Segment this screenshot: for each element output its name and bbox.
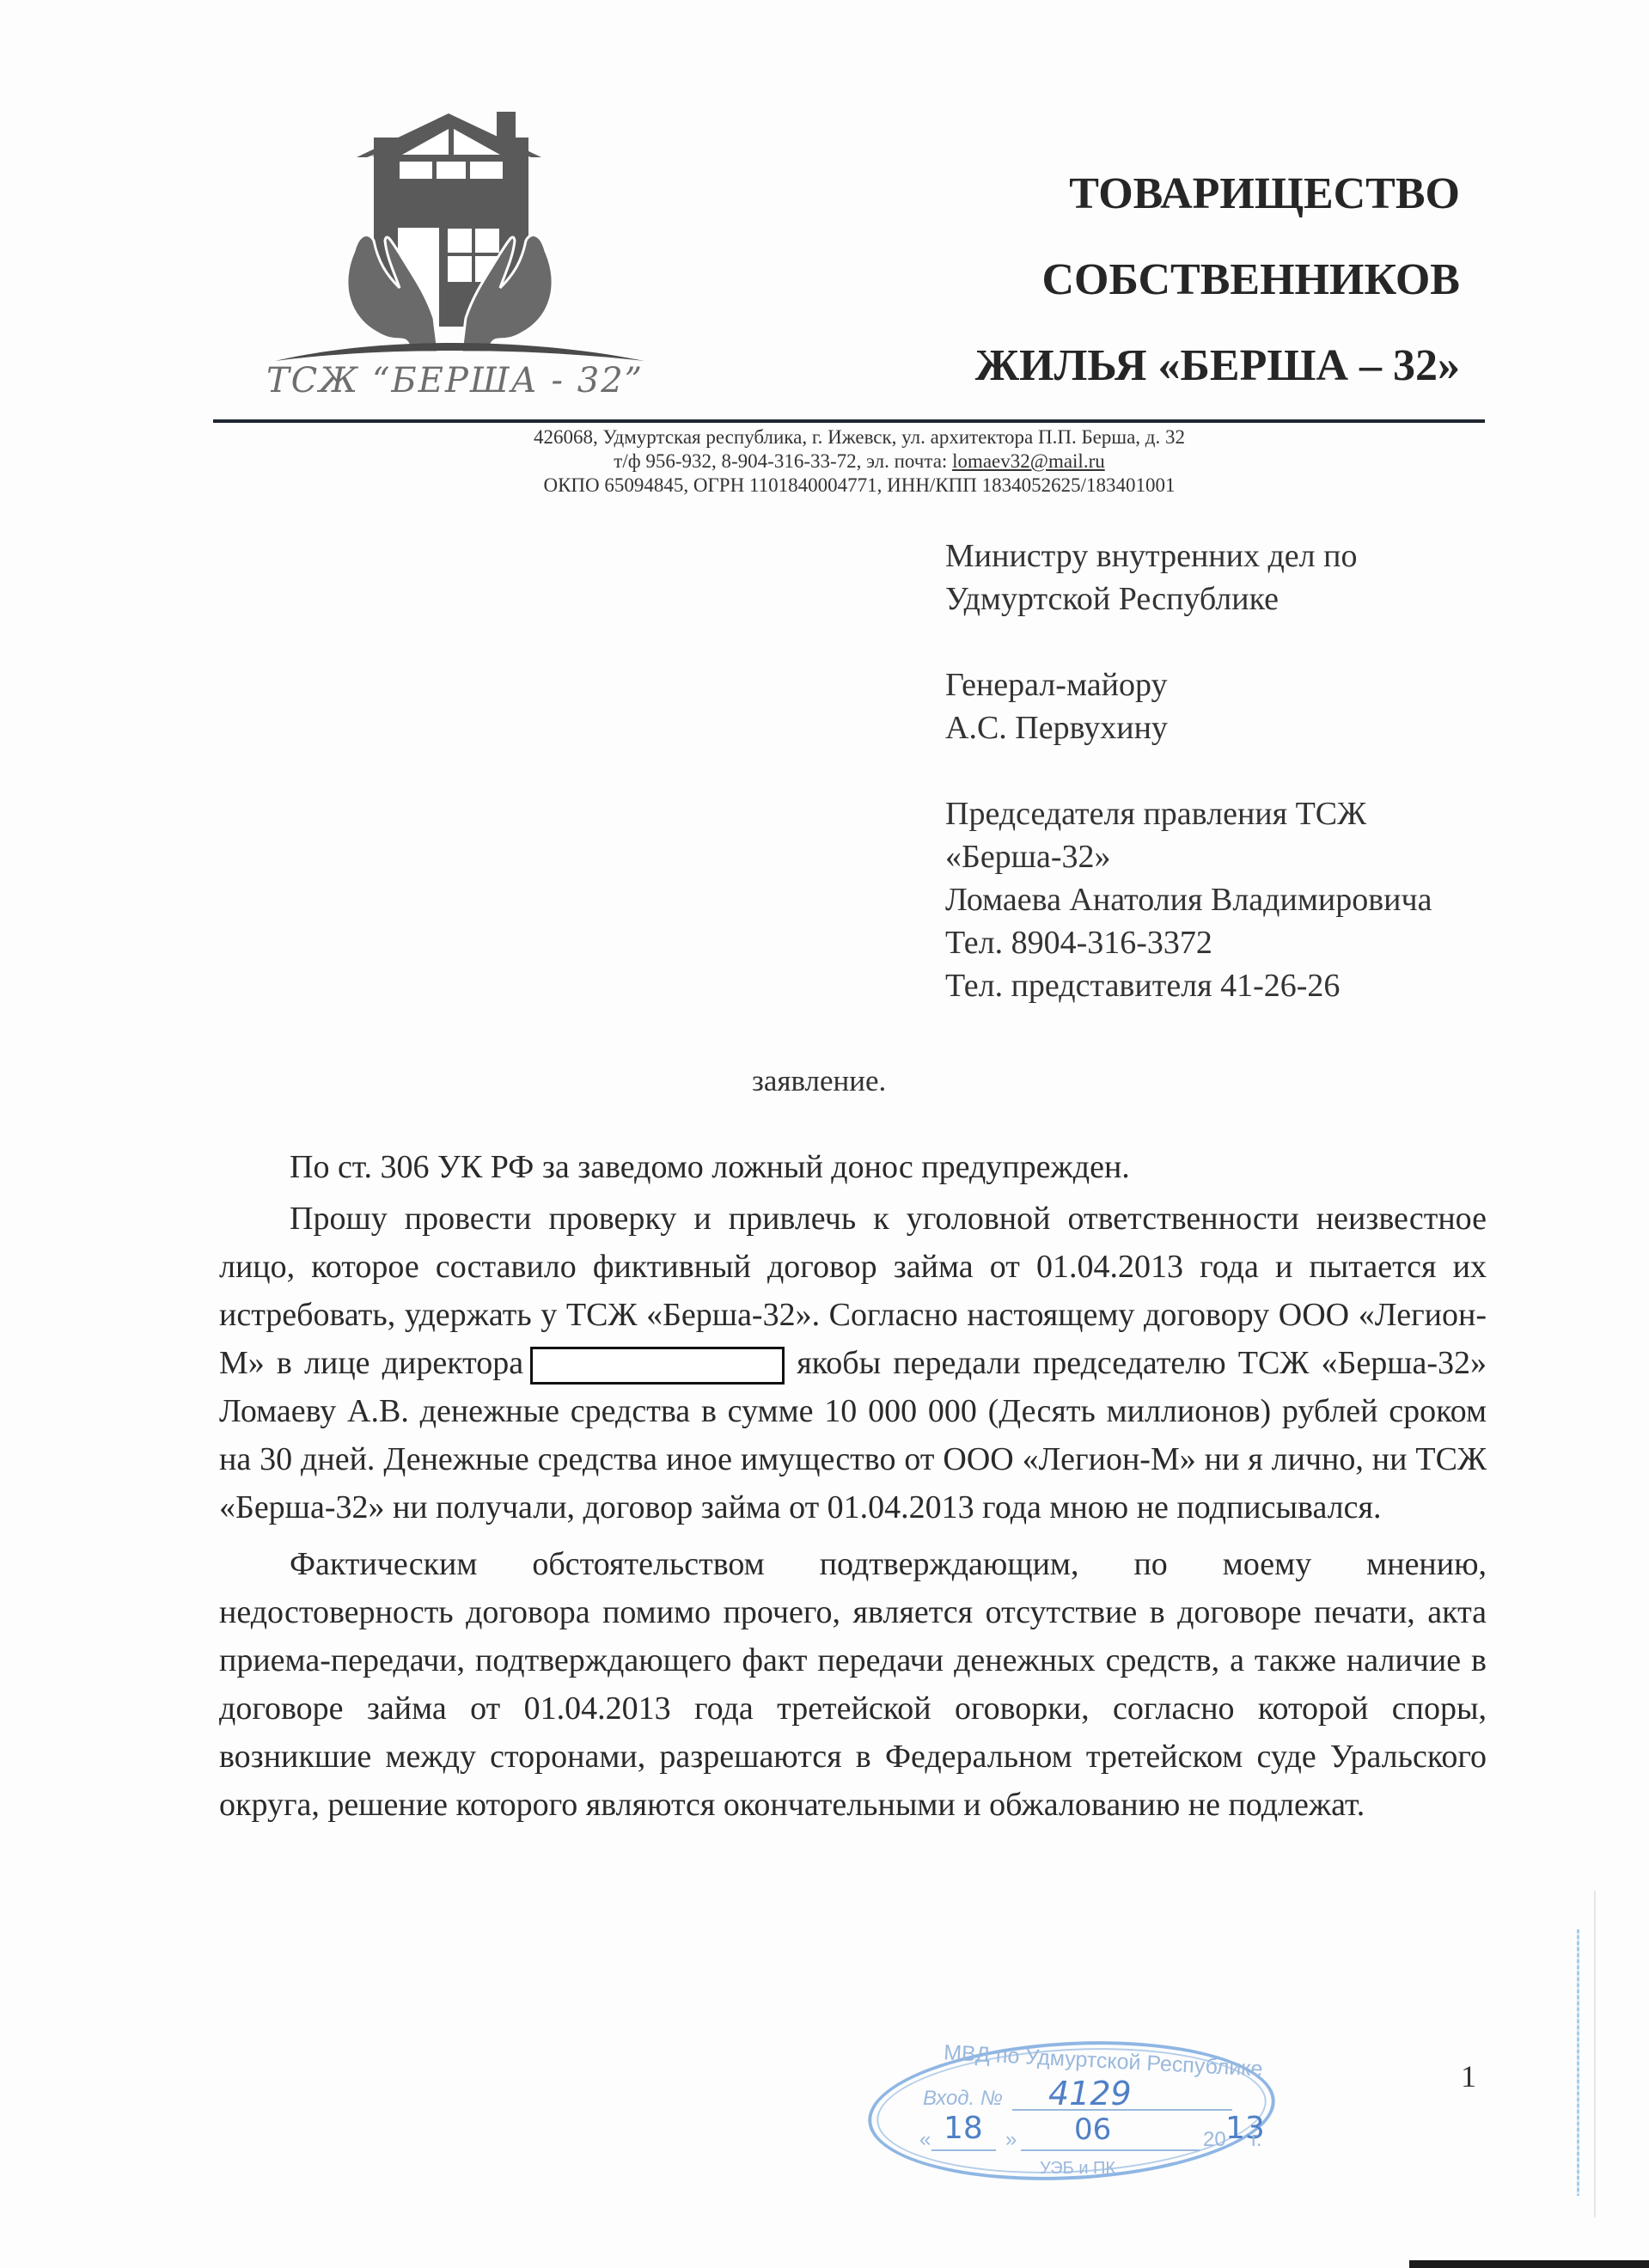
stamp-day-underline bbox=[931, 2149, 996, 2151]
paragraph-warning: По ст. 306 УК РФ за заведомо ложный доно… bbox=[219, 1143, 1487, 1191]
letterhead-divider bbox=[213, 419, 1485, 423]
stamp-department: УЭБ и ПК bbox=[1040, 2159, 1115, 2179]
stamp-month: 06 bbox=[1074, 2112, 1111, 2147]
org-title-line: ЖИЛЬЯ «БЕРША – 32» bbox=[858, 323, 1460, 409]
scan-edge-shadow bbox=[1594, 1891, 1596, 2217]
recipient-line: Министру внутренних дел по bbox=[945, 535, 1432, 578]
document-type-label: заявление. bbox=[752, 1064, 886, 1098]
recipient-name: А.С. Первухину bbox=[945, 706, 1432, 749]
recipient-line: Удмуртской Республике bbox=[945, 578, 1432, 620]
stamp-incoming-label: Вход. № bbox=[923, 2087, 1003, 2111]
stamp-quote-close: » bbox=[1005, 2128, 1017, 2152]
sender-name: Ломаева Анатолия Владимировича bbox=[945, 878, 1432, 921]
org-title-line: ТОВАРИЩЕСТВО bbox=[858, 151, 1460, 237]
stamp-day: 18 bbox=[944, 2111, 983, 2146]
stamp-month-underline bbox=[1021, 2149, 1200, 2151]
sender-line: Председателя правления ТСЖ bbox=[945, 792, 1432, 835]
redacted-name-box bbox=[530, 1347, 785, 1385]
paragraph-request: Прошу провести проверку и привлечь к уго… bbox=[219, 1195, 1487, 1531]
page-number: 1 bbox=[1461, 2058, 1476, 2094]
stamp-quote-open: « bbox=[919, 2128, 931, 2152]
sender-line: «Берша-32» bbox=[945, 835, 1432, 878]
org-phones: т/ф 956-932, 8-904-316-33-72, эл. почта: bbox=[614, 450, 952, 472]
document-body: По ст. 306 УК РФ за заведомо ложный доно… bbox=[219, 1143, 1487, 1829]
logo-caption: ТСЖ “БЕРША - 32” bbox=[266, 361, 644, 400]
document-page: ТСЖ “БЕРША - 32” ТОВАРИЩЕСТВО СОБСТВЕННИ… bbox=[0, 0, 1649, 2268]
org-phones-line: т/ф 956-932, 8-904-316-33-72, эл. почта:… bbox=[430, 449, 1289, 474]
org-address: 426068, Удмуртская республика, г. Ижевск… bbox=[430, 425, 1289, 449]
recipient-rank: Генерал-майору bbox=[945, 663, 1432, 706]
stamp-incoming-number: 4129 bbox=[1048, 2075, 1132, 2112]
scan-bottom-edge bbox=[1409, 2260, 1649, 2268]
incoming-registration-stamp: МВД по Удмуртской Республике Вход. № 412… bbox=[868, 2042, 1280, 2184]
stamp-year-prefix: 20 bbox=[1203, 2128, 1226, 2152]
paragraph-circumstances: Фактическим обстоятельством подтверждающ… bbox=[219, 1540, 1487, 1829]
org-registry: ОКПО 65094845, ОГРН 1101840004771, ИНН/К… bbox=[430, 474, 1289, 498]
organization-title: ТОВАРИЩЕСТВО СОБСТВЕННИКОВ ЖИЛЬЯ «БЕРША … bbox=[858, 151, 1460, 409]
addressee-block: Министру внутренних дел по Удмуртской Ре… bbox=[945, 535, 1432, 1007]
organization-contacts: 426068, Удмуртская республика, г. Ижевск… bbox=[430, 425, 1289, 498]
representative-phone: Тел. представителя 41-26-26 bbox=[945, 964, 1432, 1007]
stamp-year-suffix: г. bbox=[1251, 2128, 1262, 2152]
sender-phone: Тел. 8904-316-3372 bbox=[945, 921, 1432, 964]
org-email-link[interactable]: lomaev32@mail.ru bbox=[952, 450, 1105, 472]
org-title-line: СОБСТВЕННИКОВ bbox=[858, 237, 1460, 323]
scan-edge-mark bbox=[1577, 1929, 1579, 2196]
